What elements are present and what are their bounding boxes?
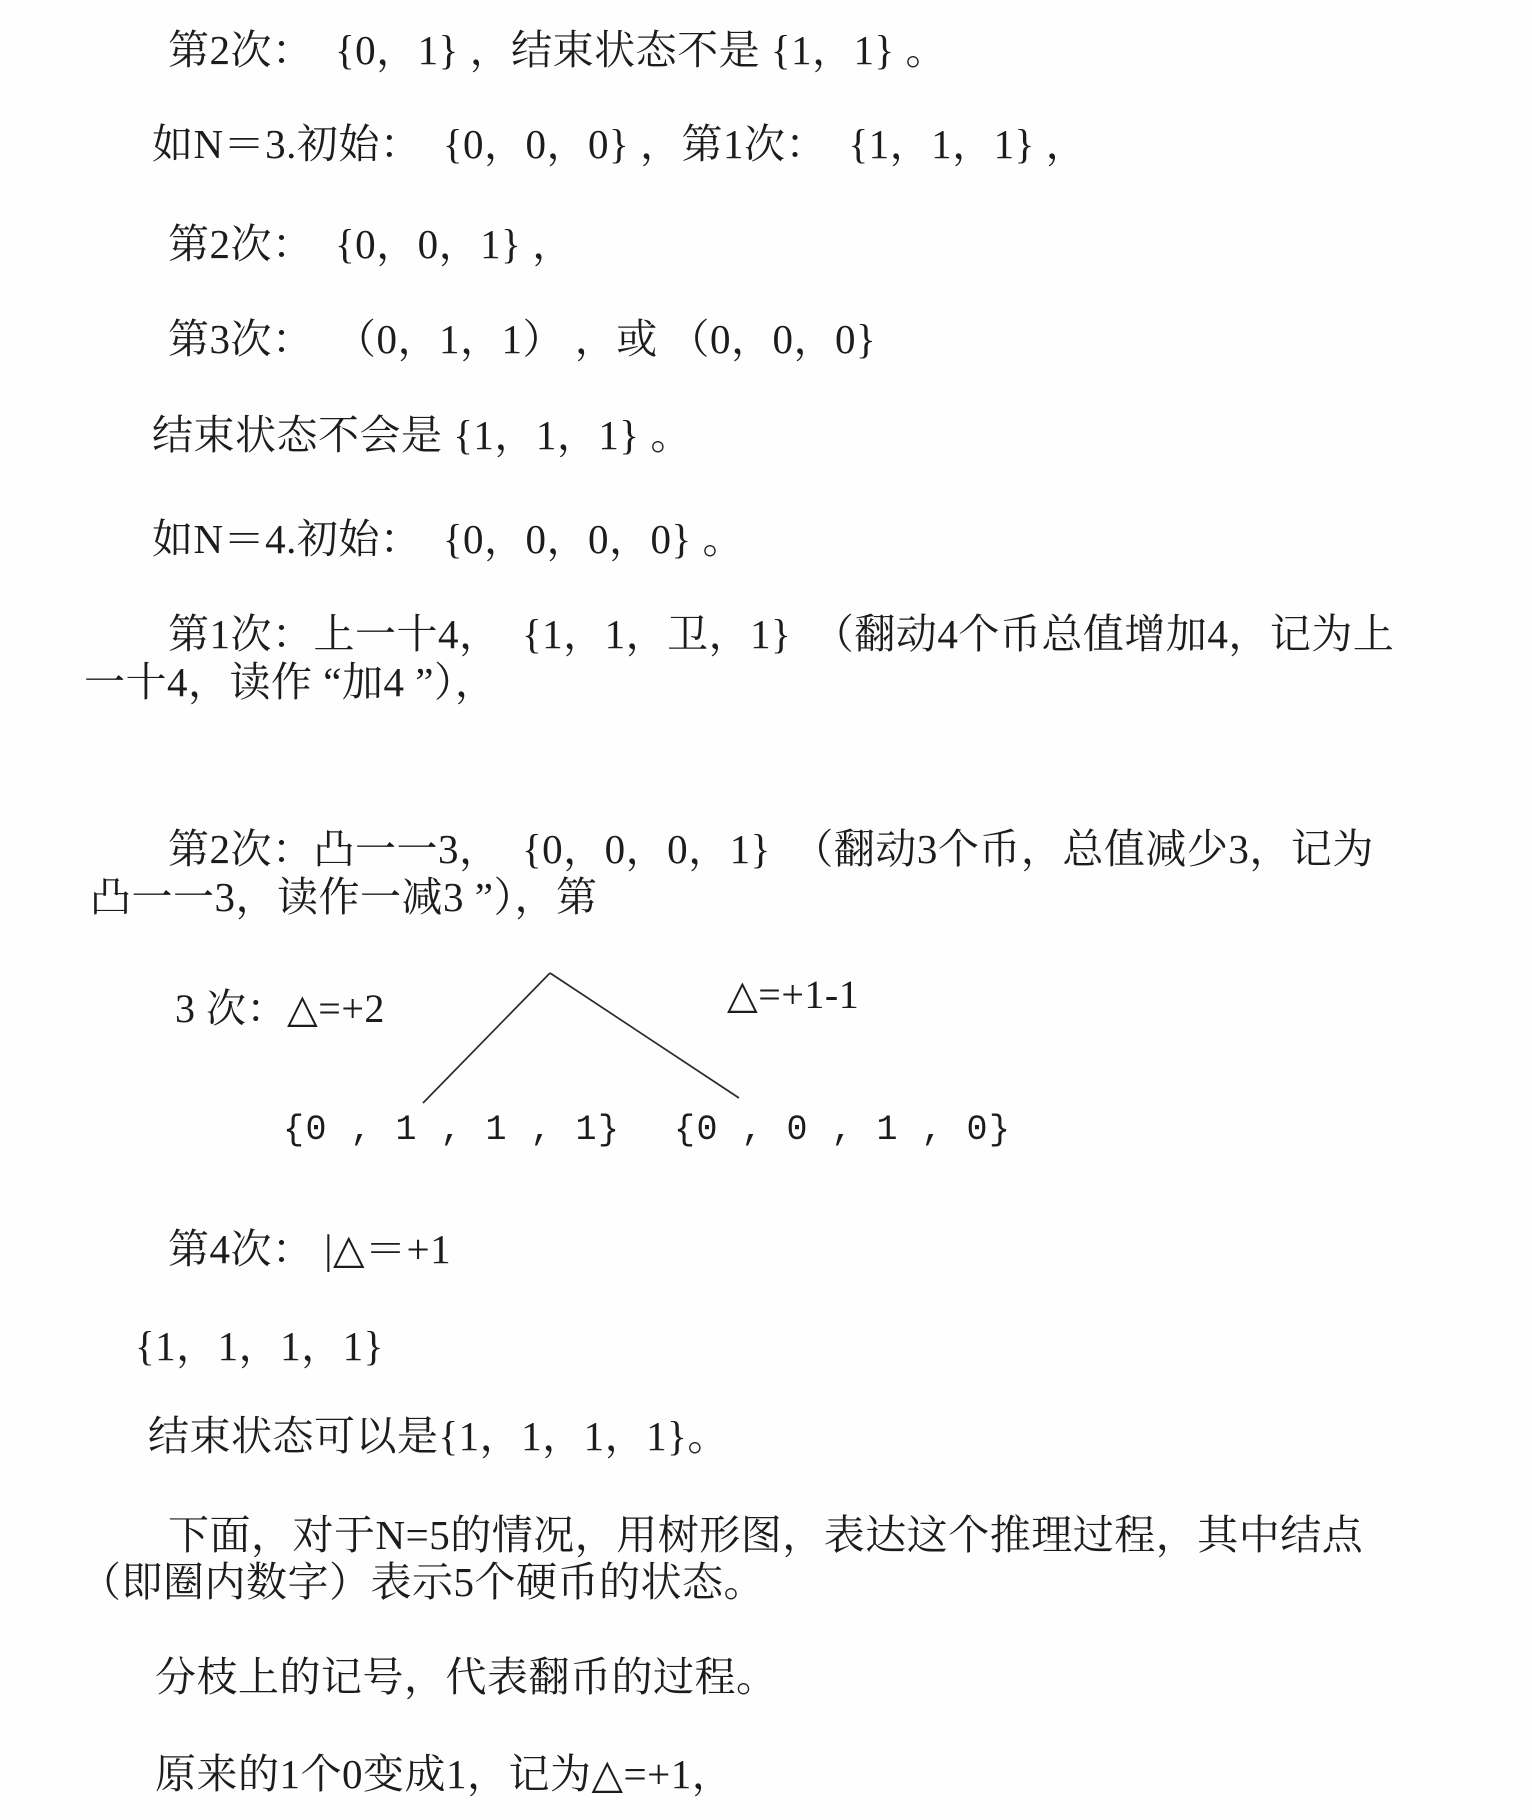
text-line-n3-conclusion: 结束状态不会是 {1，1，1} 。 bbox=[152, 412, 692, 458]
text-line-n5-intro-b: （即圈内数字）表示5个硬币的状态。 bbox=[80, 1559, 765, 1605]
text-line-n4-step2-a: 第2次：凸一一3， {0，0，0，1} （翻动3个币，总值减少3，记为 bbox=[168, 826, 1374, 872]
text-line-n3-step3: 第3次： （0，1，1） ，或 （0，0，0} bbox=[168, 316, 876, 362]
tree-branch-right-line bbox=[550, 973, 739, 1098]
tree-branch-left-line bbox=[423, 973, 550, 1103]
text-line-delta-note: 原来的1个0变成1，记为△=+1， bbox=[155, 1751, 733, 1797]
text-line-n4-conclusion: 结束状态可以是{1，1，1，1}。 bbox=[148, 1413, 729, 1459]
tree-left-node-state: {0 , 1 , 1 , 1} bbox=[283, 1110, 621, 1150]
text-line-n3-init: 如N＝3.初始： {0，0，0} ，第1次： {1，1，1} ， bbox=[152, 121, 1087, 167]
document-page: 第2次： {0，1} ，结束状态不是 {1，1} 。 如N＝3.初始： {0，0… bbox=[0, 0, 1532, 1820]
text-line-n3-step2: 第2次： {0，0，1} ， bbox=[168, 221, 574, 267]
text-line-n4-init: 如N＝4.初始： {0，0，0，0} 。 bbox=[152, 516, 744, 562]
text-line-n4-step1-b: 一十4，读作 “加4 ”）， bbox=[84, 659, 496, 705]
text-line-n2-case2: 第2次： {0，1} ，结束状态不是 {1，1} 。 bbox=[168, 27, 947, 73]
text-line-n5-intro-a: 下面，对于N=5的情况，用树形图，表达这个推理过程，其中结点 bbox=[168, 1512, 1363, 1558]
text-line-final-state: {1，1，1，1} bbox=[135, 1323, 384, 1369]
text-line-n4-step2-b: 凸一一3，读作一减3 ”），第 bbox=[90, 874, 597, 920]
text-line-n4-step1-a: 第1次：上一十4， {1，1，卫，1} （翻动4个币总值增加4，记为上 bbox=[168, 611, 1394, 657]
text-line-branch-note: 分枝上的记号，代表翻币的过程。 bbox=[155, 1654, 778, 1700]
tree-left-branch-label: 3 次：△=+2 bbox=[175, 977, 385, 1034]
text-line-n4-step4: 第4次： |△＝+1 bbox=[168, 1226, 451, 1272]
tree-right-node-state: {0 , 0 , 1 , 0} bbox=[674, 1110, 1012, 1150]
tree-right-branch-label: △=+1-1 bbox=[727, 971, 859, 1018]
